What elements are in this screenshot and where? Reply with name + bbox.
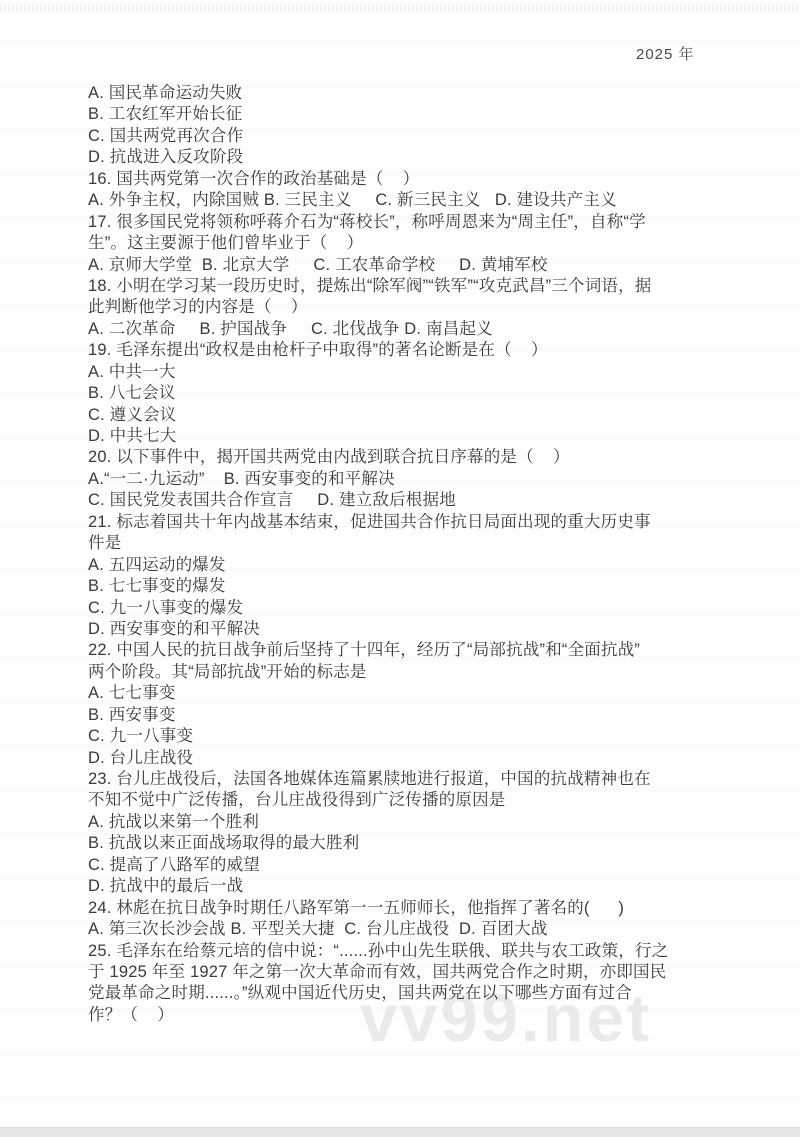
question-line: 此判断他学习的内容是（ ）	[88, 297, 748, 318]
question-line: 24. 林彪在抗日战争时期任八路军第一一五师师长，他指挥了著名的( )	[88, 898, 748, 919]
option-line: B. 抗战以来正面战场取得的最大胜利	[88, 833, 748, 854]
question-line: 不知不觉中广泛传播，台儿庄战役得到广泛传播的原因是	[88, 790, 748, 811]
option-line: A. 第三次长沙会战 B. 平型关大捷 C. 台儿庄战役 D. 百团大战	[88, 919, 748, 940]
question-line: 件是	[88, 533, 748, 554]
option-line: A. 七七事变	[88, 683, 748, 704]
question-line: 两个阶段。其“局部抗战”开始的标志是	[88, 662, 748, 683]
option-line: A. 抗战以来第一个胜利	[88, 812, 748, 833]
option-line: C. 九一八事变	[88, 726, 748, 747]
question-line: 于 1925 年至 1927 年之第一次大革命而有效，国共两党合作之时期，亦即国…	[88, 962, 748, 983]
question-line: 22. 中国人民的抗日战争前后坚持了十四年，经历了“局部抗战”和“全面抗战”	[88, 640, 748, 661]
option-line: D. 台儿庄战役	[88, 748, 748, 769]
option-line: A. 国民革命运动失败	[88, 83, 748, 104]
scan-artifact-dashes	[0, 3, 800, 12]
option-line: D. 西安事变的和平解决	[88, 619, 748, 640]
option-line: B. 八七会议	[88, 383, 748, 404]
option-line: D. 抗战中的最后一战	[88, 876, 748, 897]
option-line: C. 提高了八路军的威望	[88, 855, 748, 876]
option-line: D. 抗战进入反攻阶段	[88, 147, 748, 168]
option-line: B. 西安事变	[88, 705, 748, 726]
question-line: 作？（ ）	[88, 1005, 748, 1026]
question-line: 21. 标志着国共十年内战基本结束，促进国共合作抗日局面出现的重大历史事	[88, 512, 748, 533]
option-line: B. 工农红军开始长征	[88, 104, 748, 125]
option-line: A. 外争主权，内除国贼 B. 三民主义 C. 新三民主义 D. 建设共产主义	[88, 190, 748, 211]
option-line: A.“一二·九运动” B. 西安事变的和平解决	[88, 469, 748, 490]
question-line: 23. 台儿庄战役后，法国各地媒体连篇累牍地进行报道，中国的抗战精神也在	[88, 769, 748, 790]
exam-text-block: A. 国民革命运动失败 B. 工农红军开始长征 C. 国共两党再次合作 D. 抗…	[88, 83, 748, 1026]
option-line: A. 中共一大	[88, 362, 748, 383]
option-line: D. 中共七大	[88, 426, 748, 447]
question-line: 17. 很多国民党将领称呼蒋介石为“蒋校长”，称呼周恩来为“周主任”，自称“学	[88, 212, 748, 233]
question-line: 20. 以下事件中，揭开国共两党由内战到联合抗日序幕的是（ ）	[88, 447, 748, 468]
question-line: 18. 小明在学习某一段历史时，提炼出“除军阀”“铁军”“攻克武昌”三个词语，据	[88, 276, 748, 297]
question-line: 生”。这主要源于他们曾毕业于（ ）	[88, 233, 748, 254]
option-line: C. 遵义会议	[88, 405, 748, 426]
option-line: C. 国共两党再次合作	[88, 126, 748, 147]
year-label: 2025 年	[636, 43, 695, 64]
question-line: 16. 国共两党第一次合作的政治基础是（ ）	[88, 169, 748, 190]
option-line: A. 二次革命 B. 护国战争 C. 北伐战争 D. 南昌起义	[88, 319, 748, 340]
option-line: A. 京师大学堂 B. 北京大学 C. 工农革命学校 D. 黄埔军校	[88, 255, 748, 276]
question-line: 党最革命之时期......。”纵观中国近代历史，国共两党在以下哪些方面有过合	[88, 983, 748, 1004]
option-line: A. 五四运动的爆发	[88, 555, 748, 576]
option-line: B. 七七事变的爆发	[88, 576, 748, 597]
option-line: C. 国民党发表国共合作宣言 D. 建立敌后根据地	[88, 490, 748, 511]
page-bottom-edge	[0, 1127, 800, 1137]
option-line: C. 九一八事变的爆发	[88, 598, 748, 619]
question-line: 19. 毛泽东提出“政权是由枪杆子中取得”的著名论断是在（ ）	[88, 340, 748, 361]
scanned-exam-page: 2025 年 vv99.net A. 国民革命运动失败 B. 工农红军开始长征 …	[0, 0, 800, 1137]
question-line: 25. 毛泽东在给蔡元培的信中说：“......孙中山先生联俄、联共与农工政策，…	[88, 941, 748, 962]
